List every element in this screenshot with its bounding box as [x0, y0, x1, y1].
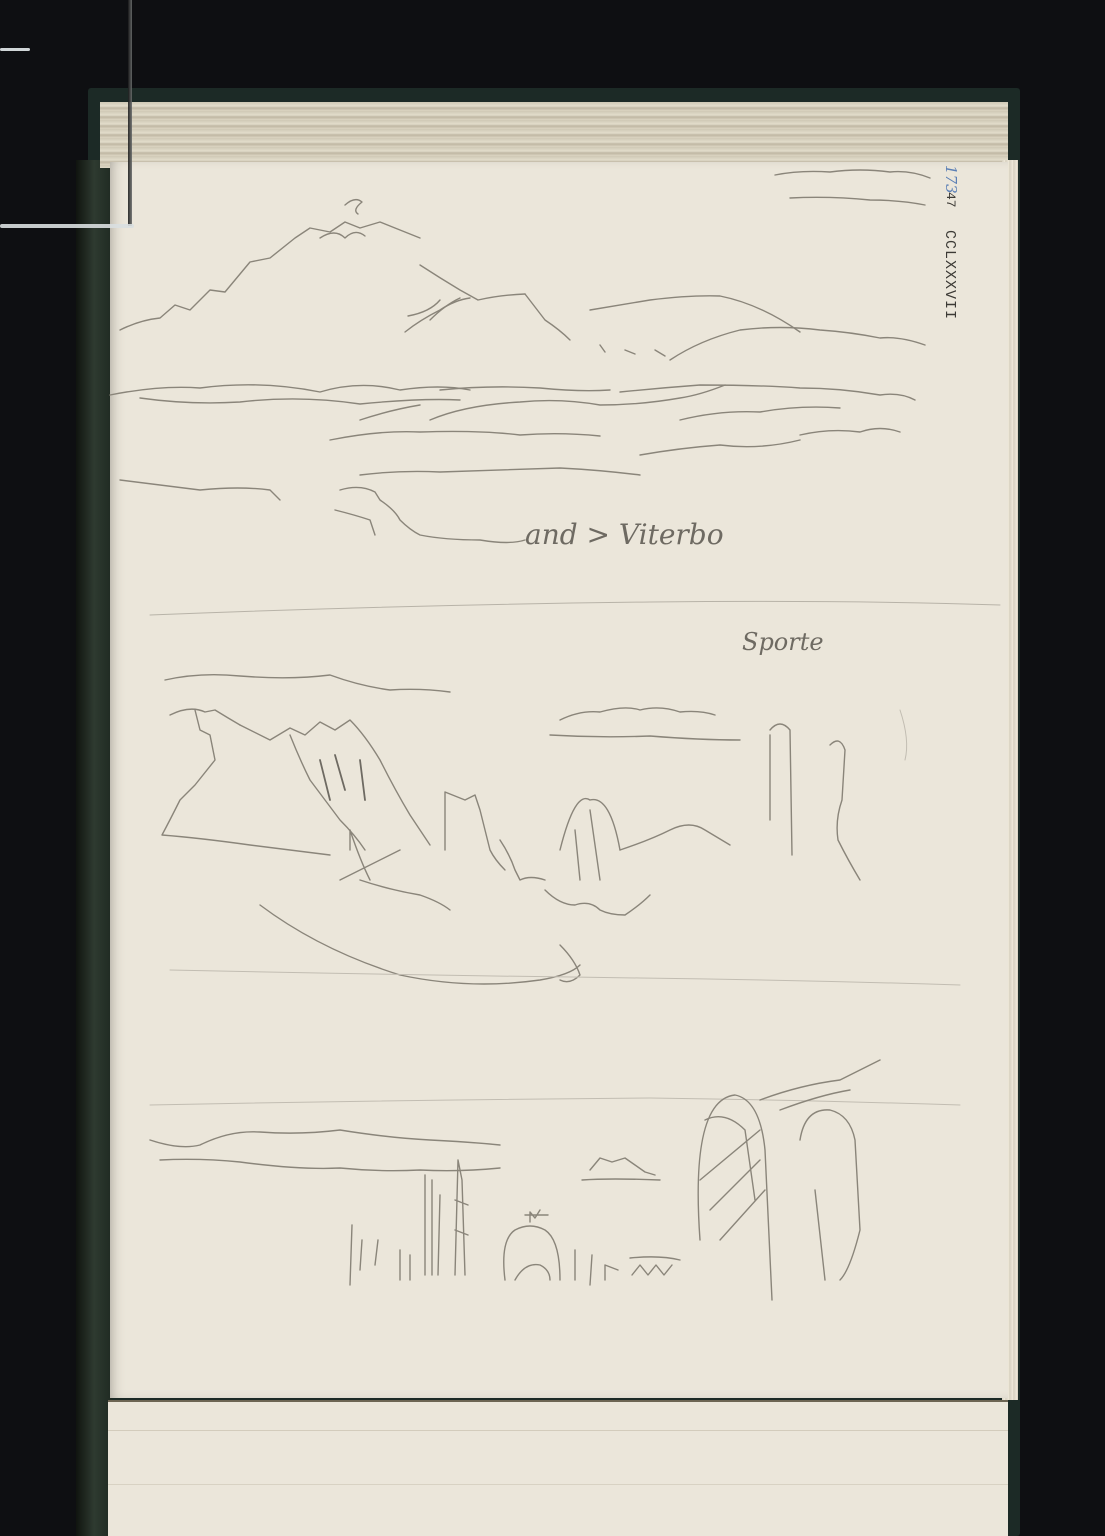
folio-number: 47	[943, 192, 958, 208]
town-towers-sketch	[150, 1060, 960, 1300]
pencil-sketches	[0, 0, 1105, 1536]
inscription-sporte: Sporte	[742, 628, 824, 656]
valley-trees-sketch	[150, 601, 1000, 985]
mountain-landscape-sketch	[110, 170, 930, 543]
inscription-viterbo: and > Viterbo	[525, 518, 724, 551]
blue-pencil-folio: 173	[942, 165, 960, 194]
catalogue-stamp: CCLXXXVII	[941, 230, 958, 320]
